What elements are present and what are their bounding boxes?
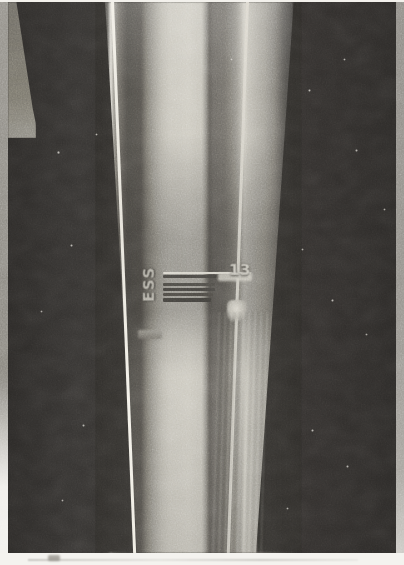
- film-grain-coarse: [0, 2, 404, 553]
- scan-smudge-line: [28, 559, 358, 561]
- page-bottom-margin: [0, 553, 404, 565]
- scanned-page: ESS 13: [0, 0, 404, 565]
- radiograph-photo: ESS 13: [0, 2, 404, 553]
